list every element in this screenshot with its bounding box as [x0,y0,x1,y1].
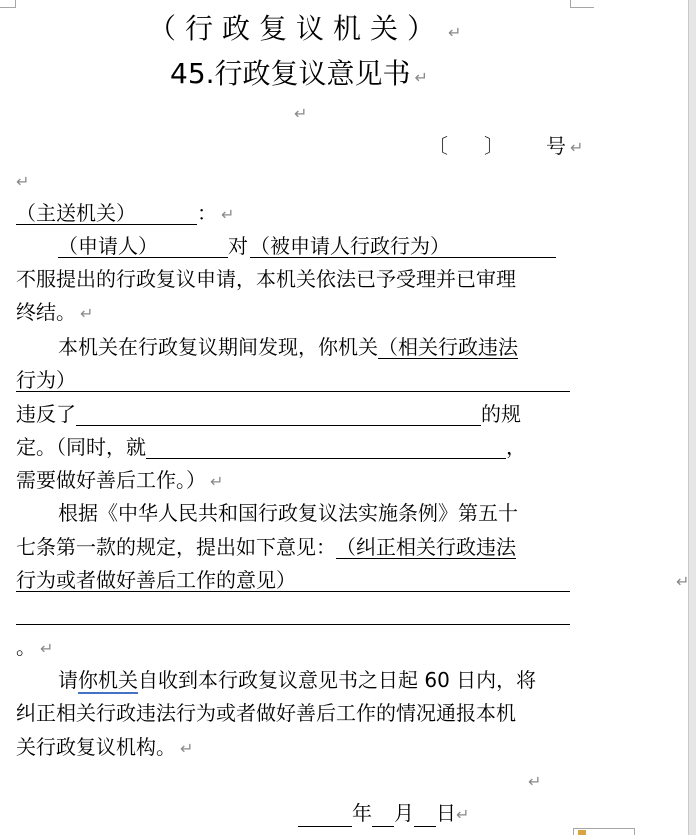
paragraph-mark-icon: ↵ [80,304,93,323]
document-number: 〔〕号↵ [428,134,583,160]
year-blank[interactable] [298,806,352,827]
para2-line4: 定。（同时，就， [16,435,526,459]
paragraph-mark-icon: ↵ [294,104,307,123]
window-gutter [689,0,696,835]
para2-line3: 违反了的规 [16,402,521,426]
para3-line5: 。↵ [16,635,53,661]
para2-line2: 行为） [16,368,570,392]
grammar-flag[interactable]: 你机关 [78,668,138,694]
paragraph-mark-icon: ↵ [448,23,470,42]
addressee-line: （主送机关）：↵ [16,201,234,227]
para2-line5: 需要做好善后工作。）↵ [16,468,223,494]
aftercare-blank[interactable] [146,438,506,459]
paragraph-mark-icon: ↵ [40,639,53,658]
para1-line3: 终结。↵ [16,300,93,326]
document-title: 45.行政复议意见书↵ [170,56,428,96]
month-blank[interactable] [372,806,394,827]
paste-options-button[interactable] [573,828,635,835]
violation-field-cont[interactable]: 行为） [16,369,570,392]
empty-paragraph: ↵ [524,768,541,794]
para1-line1: （申请人）对（被申请人行政行为） [58,234,556,258]
para3-line1: 根据《中华人民共和国行政复议法实施条例》第五十 [58,501,518,525]
action-field[interactable]: （被申请人行政行为） [250,235,556,258]
para1-line2: 不服提出的行政复议申请，本机关依法已予受理并已审理 [16,267,516,291]
empty-paragraph: ↵ [290,100,307,126]
paragraph-mark-icon: ↵ [570,138,583,157]
para2-line1: 本机关在行政复议期间发现，你机关（相关行政违法 [58,335,518,359]
header-org: （行政复议机关）↵ [148,12,470,50]
applicant-field[interactable]: （申请人） [58,235,228,258]
empty-paragraph: ↵ [16,168,29,194]
paragraph-mark-icon: ↵ [676,572,689,591]
crop-mark-top-left [0,0,16,8]
para4-line3: 关行政复议机构。↵ [16,735,193,761]
document-page[interactable]: （行政复议机关）↵ 45.行政复议意见书↵ ↵ 〔〕号↵ ↵ （主送机关）：↵ … [0,0,689,835]
clipboard-icon [578,830,586,835]
paragraph-mark-icon: ↵ [528,772,541,791]
para4-line1: 请你机关自收到本行政复议意见书之日起 60 日内，将 [58,668,536,692]
paragraph-mark-icon: ↵ [456,805,469,824]
date-line: 年月日↵ [298,801,469,827]
opinion-field[interactable]: （纠正相关行政违法 [336,536,516,559]
crop-mark-top-right [570,0,594,8]
para3-line2: 七条第一款的规定，提出如下意见：（纠正相关行政违法 [16,535,516,559]
addressee-field[interactable]: （主送机关） [16,202,197,225]
paragraph-mark-icon: ↵ [221,205,234,224]
para3-line3: 行为或者做好善后工作的意见） [16,568,570,592]
paragraph-mark-icon: ↵ [180,739,193,758]
para4-line2: 纠正相关行政违法行为或者做好善后工作的情况通报本机 [16,701,516,725]
opinion-field-cont[interactable]: 行为或者做好善后工作的意见） [16,569,570,592]
paragraph-mark-icon: ↵ [16,172,29,191]
para3-line4 [16,601,570,625]
day-blank[interactable] [414,806,436,827]
margin-mark: ↵ [676,568,689,594]
law-blank[interactable] [76,405,481,426]
violation-field[interactable]: （相关行政违法 [378,336,518,359]
paragraph-mark-icon: ↵ [210,472,223,491]
opinion-blank[interactable] [16,604,570,625]
paragraph-mark-icon: ↵ [415,68,428,87]
